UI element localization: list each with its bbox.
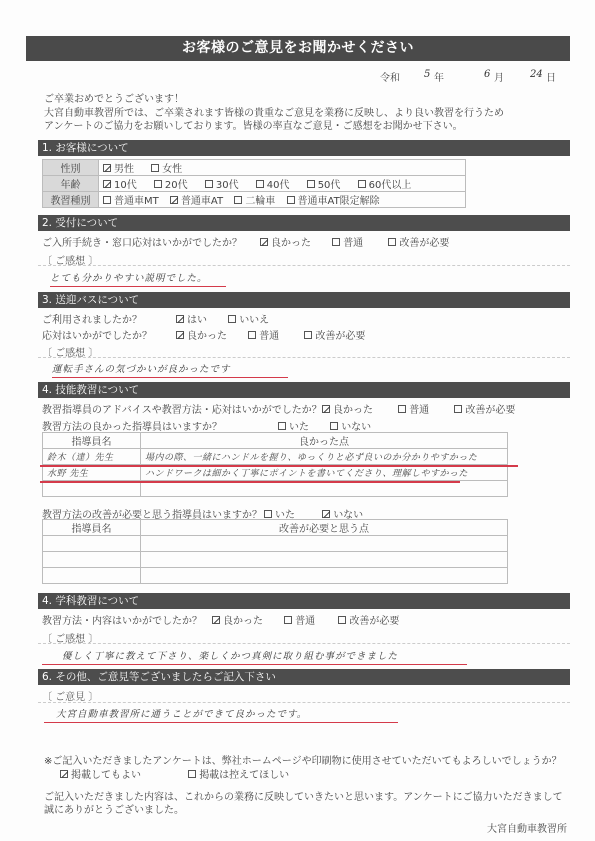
instructor-name-cell[interactable]: 水野 先生 — [43, 465, 141, 481]
instructor-name-cell[interactable]: 鈴木（達）先生 — [43, 449, 141, 465]
gender-male-option[interactable]: 男性 — [103, 160, 134, 175]
bus-comment[interactable]: 運転手さんの気づかいが良かったです — [52, 361, 288, 378]
bus-good-option[interactable]: 良かった — [176, 327, 227, 342]
good-point-cell[interactable]: 場内の際、一緒にハンドルを握り、ゆっくりと必ず良いのか分かりやすかった — [141, 449, 508, 465]
improve-point-cell[interactable] — [141, 568, 508, 584]
classroom-comment[interactable]: 優しく丁寧に教えて下さり、楽しくかつ真剣に取り組む事ができました — [42, 648, 467, 665]
checkbox-icon[interactable] — [398, 405, 406, 413]
improve-points-header: 改善が必要と思う点 — [141, 520, 508, 536]
instructor-name-header: 指導員名 — [43, 433, 141, 449]
date-month[interactable]: 6 — [484, 69, 490, 80]
classroom-question: 教習方法・内容はいかがでしたか？ 良かった 普通 改善が必要 — [42, 612, 202, 626]
bus-improve-option[interactable]: 改善が必要 — [304, 327, 365, 342]
date-month-unit: 月 — [494, 69, 504, 84]
checkbox-checked-icon[interactable] — [103, 180, 111, 188]
date-row: 令和 5 年 6 月 24 日 — [380, 67, 560, 85]
advice-improve-option[interactable]: 改善が必要 — [454, 401, 515, 416]
organization-name: 大宮自動車教習所 — [487, 820, 567, 835]
checkbox-icon[interactable] — [304, 331, 312, 339]
publish-permission-question: ※ご記入いただきましたアンケートは、弊社ホームページや印刷物に使用させていただい… — [44, 752, 562, 767]
course-mt-option[interactable]: 普通車MT — [103, 192, 159, 207]
checkbox-icon[interactable] — [256, 180, 264, 188]
course-type-row: 教習種別 普通車MT 普通車AT 二輪車 普通車AT限定解除 — [43, 192, 466, 208]
intro-line: アンケートのご協力をお願いしております。皆様の率直なご意見・ご感想をお聞かせ下さ… — [44, 120, 574, 134]
gender-label: 性別 — [43, 160, 99, 176]
instructor-name-cell[interactable] — [43, 536, 141, 552]
checkbox-checked-icon[interactable] — [103, 164, 111, 172]
date-era: 令和 — [380, 69, 400, 84]
divider — [38, 357, 570, 358]
checkbox-icon[interactable] — [332, 238, 340, 246]
checkbox-icon[interactable] — [330, 422, 338, 430]
checkbox-icon[interactable] — [287, 196, 295, 204]
checkbox-icon[interactable] — [151, 164, 159, 172]
course-type-label: 教習種別 — [43, 192, 99, 208]
age-30s-option[interactable]: 30代 — [205, 176, 239, 191]
good-point-cell[interactable]: ハンドワークは細かく丁寧にポイントを書いてくださり、理解しやすかった — [141, 465, 508, 481]
age-50s-option[interactable]: 50代 — [307, 176, 341, 191]
good-points-header: 良かった点 — [141, 433, 508, 449]
section-driving-lessons-header: 4. 技能教習について — [38, 382, 570, 398]
course-at-option[interactable]: 普通車AT — [170, 192, 223, 207]
other-comment-label: 〔 ご意見 〕 — [42, 688, 98, 703]
checkbox-icon[interactable] — [234, 196, 242, 204]
bus-normal-option[interactable]: 普通 — [248, 327, 279, 342]
publish-decline-option[interactable]: 掲載は控えてほしい — [188, 766, 289, 781]
divider — [38, 265, 570, 266]
reception-comment[interactable]: とても分かりやすい説明でした。 — [50, 270, 226, 287]
instructor-name-cell[interactable] — [43, 568, 141, 584]
instructor-name-cell[interactable] — [43, 552, 141, 568]
intro-line: ご卒業おめでとうございます！ — [44, 93, 574, 107]
checkbox-icon[interactable] — [264, 510, 272, 518]
age-20s-option[interactable]: 20代 — [154, 176, 188, 191]
age-10s-option[interactable]: 10代 — [103, 176, 137, 191]
divider — [38, 702, 570, 703]
checkbox-icon[interactable] — [154, 180, 162, 188]
checkbox-checked-icon[interactable] — [260, 238, 268, 246]
checkbox-checked-icon[interactable] — [322, 510, 330, 518]
classroom-improve-option[interactable]: 改善が必要 — [338, 612, 399, 627]
date-day-unit: 日 — [546, 69, 556, 84]
checkbox-icon[interactable] — [284, 616, 292, 624]
good-point-cell[interactable] — [141, 481, 508, 497]
reception-question: ご入所手続き・窓口応対はいかがでしたか？ 良かった 普通 改善が必要 — [42, 234, 242, 248]
checkbox-icon[interactable] — [338, 616, 346, 624]
classroom-good-option[interactable]: 良かった — [212, 612, 263, 627]
age-row: 年齢 10代 20代 30代 40代 50代 60代以上 — [43, 176, 466, 192]
form-title: お客様のご意見をお聞かせください — [26, 36, 570, 61]
checkbox-checked-icon[interactable] — [212, 616, 220, 624]
bus-used-question: ご利用されましたか？ はい いいえ — [42, 311, 142, 325]
course-motorcycle-option[interactable]: 二輪車 — [234, 192, 275, 207]
checkbox-checked-icon[interactable] — [60, 770, 68, 778]
age-60s-plus-option[interactable]: 60代以上 — [358, 176, 412, 191]
checkbox-icon[interactable] — [388, 238, 396, 246]
bus-used-no-option[interactable]: いいえ — [228, 311, 269, 326]
age-40s-option[interactable]: 40代 — [256, 176, 290, 191]
checkbox-icon[interactable] — [188, 770, 196, 778]
instructor-name-header: 指導員名 — [43, 520, 141, 536]
checkbox-icon[interactable] — [307, 180, 315, 188]
publish-options: 掲載してもよい 掲載は控えてほしい — [60, 766, 303, 781]
reception-normal-option[interactable]: 普通 — [332, 234, 363, 249]
improve-point-cell[interactable] — [141, 536, 508, 552]
date-day[interactable]: 24 — [530, 69, 543, 80]
age-label: 年齢 — [43, 176, 99, 192]
date-year-unit: 年 — [434, 69, 444, 84]
gender-female-option[interactable]: 女性 — [151, 160, 182, 175]
checkbox-icon[interactable] — [454, 405, 462, 413]
gender-row: 性別 男性 女性 — [43, 160, 466, 176]
good-instructor-yes-option[interactable]: いた — [278, 418, 309, 433]
divider — [38, 643, 570, 644]
table-row — [43, 568, 508, 584]
improve-instructor-table: 指導員名 改善が必要と思う点 — [42, 519, 508, 584]
checkbox-icon[interactable] — [205, 180, 213, 188]
other-comment[interactable]: 大宮自動車教習所に通うことができて良かったです。 — [44, 706, 398, 723]
red-underline — [40, 481, 460, 483]
table-header-row: 指導員名 改善が必要と思う点 — [43, 520, 508, 536]
checkbox-icon[interactable] — [228, 315, 236, 323]
good-instructor-no-option[interactable]: いない — [330, 418, 371, 433]
advice-good-option[interactable]: 良かった — [322, 401, 373, 416]
section-customer-header: 1. お客様について — [38, 140, 570, 156]
checkbox-checked-icon[interactable] — [322, 405, 330, 413]
red-underline — [40, 465, 518, 467]
section-classroom-lessons-header: 4. 学科教習について — [38, 593, 570, 609]
section-shuttle-bus-header: 3. 送迎バスについて — [38, 292, 570, 308]
bus-used-yes-option[interactable]: はい — [176, 311, 207, 326]
improve-instructor-question: 教習方法の改善が必要と思う指導員はいますか？ いた いない — [42, 506, 262, 520]
improve-point-cell[interactable] — [141, 552, 508, 568]
good-instructor-question: 教習方法の良かった指導員はいますか？ いた いない — [42, 418, 222, 432]
instructor-name-cell[interactable] — [43, 481, 141, 497]
checkbox-checked-icon[interactable] — [176, 315, 184, 323]
table-header-row: 指導員名 良かった点 — [43, 433, 508, 449]
checkbox-icon[interactable] — [248, 331, 256, 339]
bus-service-question: 応対はいかがでしたか？ 良かった 普通 改善が必要 — [42, 327, 152, 341]
classroom-normal-option[interactable]: 普通 — [284, 612, 315, 627]
checkbox-checked-icon[interactable] — [176, 331, 184, 339]
customer-info-table: 性別 男性 女性 年齢 10代 20代 30代 40代 50代 60代以上 教習… — [42, 159, 466, 208]
checkbox-checked-icon[interactable] — [170, 196, 178, 204]
reception-good-option[interactable]: 良かった — [260, 234, 311, 249]
checkbox-icon[interactable] — [278, 422, 286, 430]
table-row: 鈴木（達）先生 場内の際、一緒にハンドルを握り、ゆっくりと必ず良いのか分かりやす… — [43, 449, 508, 465]
feedback-form-page: お客様のご意見をお聞かせください 令和 5 年 6 月 24 日 ご卒業おめでと… — [0, 0, 595, 841]
intro-line: 大宮自動車教習所では、ご卒業されます皆様の貴重なご意見を業務に反映し、より良い教… — [44, 107, 574, 121]
advice-normal-option[interactable]: 普通 — [398, 401, 429, 416]
publish-allow-option[interactable]: 掲載してもよい — [60, 766, 141, 781]
section-reception-header: 2. 受付について — [38, 215, 570, 231]
intro-text: ご卒業おめでとうございます！ 大宮自動車教習所では、ご卒業されます皆様の貴重なご… — [44, 93, 574, 134]
table-row — [43, 536, 508, 552]
reception-improve-option[interactable]: 改善が必要 — [388, 234, 449, 249]
instructor-advice-question: 教習指導員のアドバイスや教習方法・応対はいかがでしたか？ 良かった 普通 改善が… — [42, 401, 322, 415]
date-year[interactable]: 5 — [424, 69, 430, 80]
course-at-limit-removal-option[interactable]: 普通車AT限定解除 — [287, 192, 380, 207]
thank-you-text: ご記入いただきました内容は、これからの業務に反映していきたいと思います。アンケー… — [44, 791, 574, 817]
table-row — [43, 552, 508, 568]
table-row: 水野 先生 ハンドワークは細かく丁寧にポイントを書いてくださり、理解しやすかった — [43, 465, 508, 481]
section-other-comments-header: 6. その他、ご意見等ございましたらご記入下さい — [38, 669, 570, 685]
checkbox-icon[interactable] — [103, 196, 111, 204]
table-row — [43, 481, 508, 497]
checkbox-icon[interactable] — [358, 180, 366, 188]
